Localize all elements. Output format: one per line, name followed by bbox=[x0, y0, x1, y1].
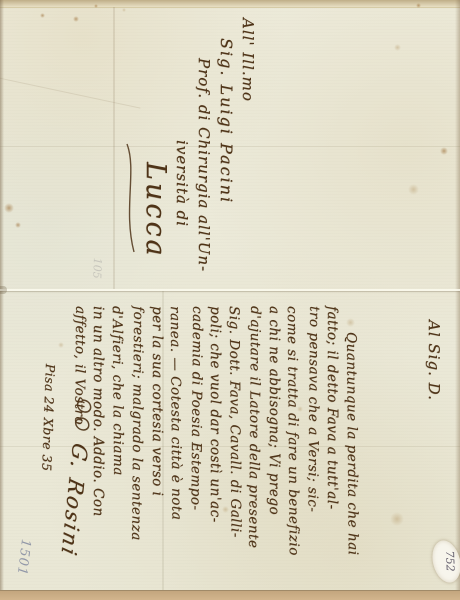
body-line: per la sua cortesia verso i bbox=[147, 306, 167, 598]
address-line: iversità di bbox=[171, 140, 193, 294]
paper-edge-top bbox=[0, 0, 460, 8]
body-line: poli; che vuol dar costì un'ac- bbox=[205, 306, 225, 598]
fold-crease-diagonal bbox=[0, 76, 140, 108]
paper-edge-left bbox=[0, 0, 4, 600]
letter-body: Quantunque la perdita che hai fatto; il … bbox=[69, 306, 362, 598]
signature-loops bbox=[68, 392, 98, 444]
address-block: All' Ill.mo Sig. Luigi Pacini Prof. di C… bbox=[123, 12, 259, 294]
body-line: d'Alfieri, che la chiama bbox=[106, 306, 128, 598]
foxing-spot bbox=[416, 3, 421, 8]
foxing-spot bbox=[394, 44, 401, 51]
fold-crease-vertical-top bbox=[113, 7, 115, 289]
address-line: Prof. di Chirurgia all'Un- bbox=[193, 58, 215, 294]
body-line: d'ajutare il Latore della presente bbox=[243, 306, 265, 598]
foxing-spot bbox=[390, 512, 404, 526]
body-line: come si tratta di fare un benefizio bbox=[282, 306, 304, 598]
manuscript-letter-photo: All' Ill.mo Sig. Luigi Pacini Prof. di C… bbox=[0, 0, 460, 600]
foxing-spot bbox=[73, 16, 79, 22]
body-line: tro pensava che a Versi; sic- bbox=[301, 306, 323, 598]
address-city: Lucca bbox=[139, 162, 171, 294]
salutation: Al Sig. D. bbox=[425, 320, 443, 440]
foxing-spot bbox=[408, 184, 419, 195]
body-line: a chi ne abbisogna; Vi prego bbox=[264, 306, 284, 598]
body-line: Sig. Dott. Fava, Cavall. di Galli- bbox=[223, 306, 245, 598]
foxing-spot bbox=[440, 147, 448, 155]
body-line: ranea. — Cotesta città è nota bbox=[165, 306, 187, 598]
body-line: forestieri; malgrado la sentenza bbox=[126, 306, 148, 598]
letter-paper: All' Ill.mo Sig. Luigi Pacini Prof. di C… bbox=[0, 0, 460, 600]
body-line: fatto; il detto Fava a tutt'al- bbox=[322, 306, 342, 598]
paper-edge-right bbox=[455, 0, 460, 600]
foxing-spot bbox=[58, 342, 64, 348]
fold-notch-left-edge bbox=[0, 286, 7, 294]
address-line: All' Ill.mo bbox=[237, 18, 259, 294]
underline-flourish bbox=[123, 140, 139, 260]
foxing-spot bbox=[40, 13, 45, 18]
foxing-spot bbox=[94, 4, 98, 8]
address-line: Sig. Luigi Pacini bbox=[215, 38, 237, 294]
pencil-inventory-number: 1501 bbox=[14, 538, 33, 577]
paper-edge-bottom bbox=[0, 590, 460, 600]
dateline: Pisa 24 Xbre 35 bbox=[38, 363, 58, 513]
body-line: cademia di Poesia Estempo- bbox=[184, 306, 206, 598]
body-line: Quantunque la perdita che hai bbox=[340, 306, 362, 598]
foxing-spot bbox=[15, 222, 21, 228]
foxing-spot bbox=[4, 203, 14, 213]
sticker-number: 752 bbox=[443, 550, 457, 570]
show-through-number: 105 bbox=[90, 258, 104, 279]
